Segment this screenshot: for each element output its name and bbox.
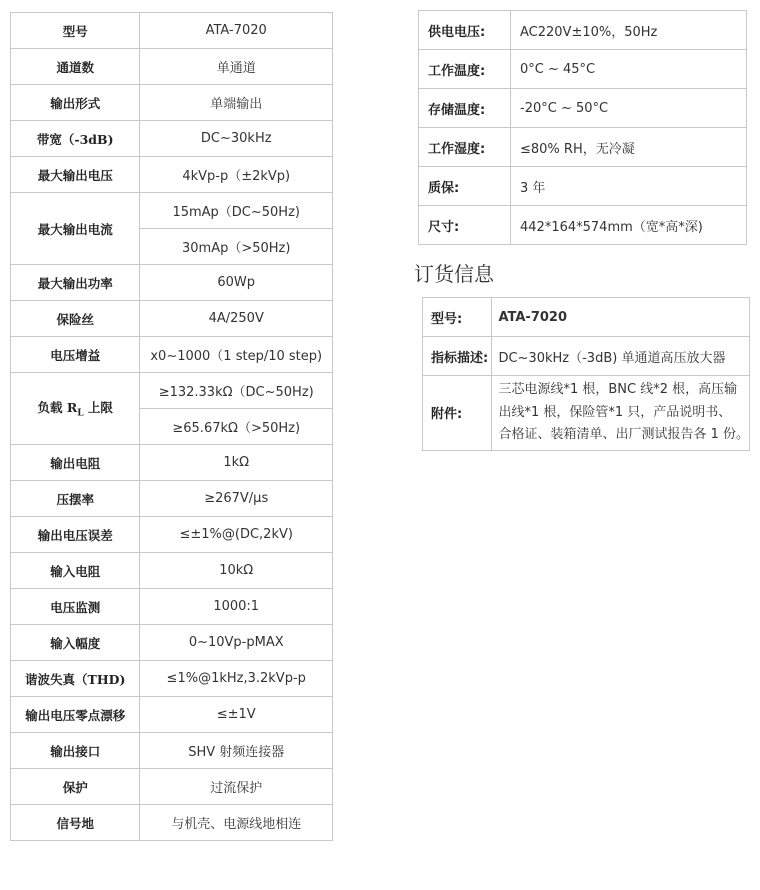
table-row: 尺寸:442*164*574mm（宽*高*深) xyxy=(419,206,747,245)
table-row: 电压监测1000:1 xyxy=(11,589,333,625)
row-label: 输出形式 xyxy=(11,85,140,121)
table-row: 负载 RL 上限 ≥132.33kΩ（DC~50Hz) xyxy=(11,373,333,409)
row-value: -20°C ~ 50°C xyxy=(511,89,747,128)
table-row: 附件: 三芯电源线*1 根，BNC 线*2 根，高压输 出线*1 根，保险管*1… xyxy=(423,376,750,451)
table-row: 保险丝4A/250V xyxy=(11,301,333,337)
row-value: ≥65.67kΩ（>50Hz) xyxy=(140,409,333,445)
row-label: 质保: xyxy=(419,167,511,206)
row-value: 4A/250V xyxy=(140,301,333,337)
table-row: 输出电压误差≤±1%@(DC,2kV) xyxy=(11,517,333,553)
table-row: 输入电阻10kΩ xyxy=(11,553,333,589)
row-value: 与机壳、电源线地相连 xyxy=(140,805,333,841)
row-value: 60Wp xyxy=(140,265,333,301)
table-row: 型号:ATA-7020 xyxy=(423,298,750,337)
row-label: 电压增益 xyxy=(11,337,140,373)
row-value: DC~30kHz xyxy=(140,121,333,157)
table-row: 信号地与机壳、电源线地相连 xyxy=(11,805,333,841)
row-value: ≤±1V xyxy=(140,697,333,733)
row-label: 压摆率 xyxy=(11,481,140,517)
row-label: 型号 xyxy=(11,13,140,49)
table-row: 指标描述:DC~30kHz（-3dB) 单通道高压放大器 xyxy=(423,337,750,376)
row-value: ≤1%@1kHz,3.2kVp-p xyxy=(140,661,333,697)
row-value: 15mAp（DC~50Hz) xyxy=(140,193,333,229)
accessories-value: 三芯电源线*1 根，BNC 线*2 根，高压输 出线*1 根，保险管*1 只，产… xyxy=(492,376,750,451)
row-value: ≤±1%@(DC,2kV) xyxy=(140,517,333,553)
row-value: ≤80% RH，无冷凝 xyxy=(511,128,747,167)
row-value: 4kVp-p（±2kVp) xyxy=(140,157,333,193)
description-value: DC~30kHz（-3dB) 单通道高压放大器 xyxy=(492,337,750,376)
row-value: 3 年 xyxy=(511,167,747,206)
row-value: ≥132.33kΩ（DC~50Hz) xyxy=(140,373,333,409)
spec-table: 型号ATA-7020 通道数单通道 输出形式单端输出 带宽（-3dB)DC~30… xyxy=(10,12,333,841)
row-label: 最大输出电流 xyxy=(11,193,140,265)
row-value: 0~10Vp-pMAX xyxy=(140,625,333,661)
row-value: 0°C ~ 45°C xyxy=(511,50,747,89)
table-row: 最大输出电压4kVp-p（±2kVp) xyxy=(11,157,333,193)
table-row: 谐波失真（THD)≤1%@1kHz,3.2kVp-p xyxy=(11,661,333,697)
row-value: 30mAp（>50Hz) xyxy=(140,229,333,265)
accessories-line: 合格证、装箱清单、出厂测试报告各 1 份。 xyxy=(498,424,749,447)
row-label: 输出接口 xyxy=(11,733,140,769)
row-label: 信号地 xyxy=(11,805,140,841)
row-value: 单端输出 xyxy=(140,85,333,121)
table-row: 最大输出电流15mAp（DC~50Hz) xyxy=(11,193,333,229)
row-label: 工作温度: xyxy=(419,50,511,89)
table-row: 带宽（-3dB)DC~30kHz xyxy=(11,121,333,157)
row-label: 通道数 xyxy=(11,49,140,85)
table-row: 工作湿度:≤80% RH，无冷凝 xyxy=(419,128,747,167)
row-value: 1kΩ xyxy=(140,445,333,481)
row-label: 谐波失真（THD) xyxy=(11,661,140,697)
row-label: 保险丝 xyxy=(11,301,140,337)
row-label: 保护 xyxy=(11,769,140,805)
table-row: 保护过流保护 xyxy=(11,769,333,805)
order-info-heading: 订货信息 xyxy=(414,258,494,287)
row-label: 输出电压误差 xyxy=(11,517,140,553)
table-row: 工作温度:0°C ~ 45°C xyxy=(419,50,747,89)
table-row: 输入幅度0~10Vp-pMAX xyxy=(11,625,333,661)
model-value: ATA-7020 xyxy=(492,298,750,337)
table-row: 输出电压零点漂移≤±1V xyxy=(11,697,333,733)
row-label: 供电电压: xyxy=(419,11,511,50)
table-row: 供电电压:AC220V±10%，50Hz xyxy=(419,11,747,50)
table-row: 电压增益x0~1000（1 step/10 step) xyxy=(11,337,333,373)
table-row: 输出接口SHV 射频连接器 xyxy=(11,733,333,769)
label-main: 负载 R xyxy=(38,400,78,415)
row-value: x0~1000（1 step/10 step) xyxy=(140,337,333,373)
row-label: 带宽（-3dB) xyxy=(11,121,140,157)
row-label: 型号: xyxy=(423,298,492,337)
row-label: 尺寸: xyxy=(419,206,511,245)
label-tail: 上限 xyxy=(84,400,113,415)
accessories-line: 出线*1 根，保险管*1 只，产品说明书、 xyxy=(498,402,749,425)
row-value: ATA-7020 xyxy=(140,13,333,49)
row-label: 最大输出功率 xyxy=(11,265,140,301)
table-row: 存储温度:-20°C ~ 50°C xyxy=(419,89,747,128)
row-label: 输入电阻 xyxy=(11,553,140,589)
row-label: 电压监测 xyxy=(11,589,140,625)
table-row: 压摆率≥267V/μs xyxy=(11,481,333,517)
table-row: 最大输出功率60Wp xyxy=(11,265,333,301)
row-label: 工作湿度: xyxy=(419,128,511,167)
row-value: ≥267V/μs xyxy=(140,481,333,517)
row-label: 存储温度: xyxy=(419,89,511,128)
row-label: 输入幅度 xyxy=(11,625,140,661)
row-value: 442*164*574mm（宽*高*深) xyxy=(511,206,747,245)
row-label: 负载 RL 上限 xyxy=(11,373,140,445)
row-label: 附件: xyxy=(423,376,492,451)
table-row: 质保:3 年 xyxy=(419,167,747,206)
row-value: 过流保护 xyxy=(140,769,333,805)
row-label: 输出电阻 xyxy=(11,445,140,481)
row-label: 指标描述: xyxy=(423,337,492,376)
order-info-table: 型号:ATA-7020 指标描述:DC~30kHz（-3dB) 单通道高压放大器… xyxy=(422,297,750,451)
row-value: 10kΩ xyxy=(140,553,333,589)
table-row: 输出形式单端输出 xyxy=(11,85,333,121)
table-row: 型号ATA-7020 xyxy=(11,13,333,49)
row-label: 最大输出电压 xyxy=(11,157,140,193)
row-value: 1000:1 xyxy=(140,589,333,625)
row-label: 输出电压零点漂移 xyxy=(11,697,140,733)
table-row: 输出电阻1kΩ xyxy=(11,445,333,481)
accessories-line: 三芯电源线*1 根，BNC 线*2 根，高压输 xyxy=(498,379,749,402)
row-value: AC220V±10%，50Hz xyxy=(511,11,747,50)
environment-table: 供电电压:AC220V±10%，50Hz 工作温度:0°C ~ 45°C 存储温… xyxy=(418,10,747,245)
row-value: 单通道 xyxy=(140,49,333,85)
row-value: SHV 射频连接器 xyxy=(140,733,333,769)
table-row: 通道数单通道 xyxy=(11,49,333,85)
